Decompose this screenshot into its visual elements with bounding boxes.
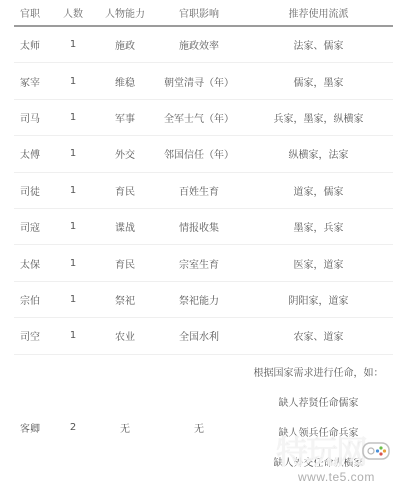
cell-count: 1 <box>58 318 88 353</box>
cell-office: 司空 <box>14 318 46 353</box>
cell-effect: 施政效率 <box>154 27 244 62</box>
cell-count: 1 <box>58 100 88 135</box>
cell-schools: 道家，儒家 <box>246 173 391 208</box>
cell-office: 太保 <box>14 245 46 280</box>
cell-count: 1 <box>58 209 88 244</box>
table-row: 司徒 1 育民 百姓生育 道家，儒家 <box>14 173 393 209</box>
schools-line: 缺人荐贤任命儒家 <box>279 397 359 427</box>
cell-ability: 军事 <box>96 100 154 135</box>
cell-ability: 祭祀 <box>96 282 154 317</box>
cell-office: 司寇 <box>14 209 46 244</box>
cell-ability: 谍战 <box>96 209 154 244</box>
cell-effect: 邻国信任（年） <box>154 136 244 171</box>
cell-schools: 法家、儒家 <box>246 27 391 62</box>
cell-office: 冢宰 <box>14 63 46 98</box>
cell-ability: 育民 <box>96 173 154 208</box>
table-row: 司马 1 军事 全军士气（年） 兵家，墨家，纵横家 <box>14 100 393 136</box>
cell-office: 太傅 <box>14 136 46 171</box>
table-row: 太师 1 施政 施政效率 法家、儒家 <box>14 27 393 63</box>
cell-office: 太师 <box>14 27 46 62</box>
table-row-guest-minister: 客卿 2 无 无 根据国家需求进行任命，如： 缺人荐贤任命儒家 缺人领兵任命兵家… <box>14 355 393 500</box>
cell-effect: 祭祀能力 <box>154 282 244 317</box>
header-schools: 推荐使用流派 <box>246 0 391 25</box>
cell-effect: 情报收集 <box>154 209 244 244</box>
cell-ability: 施政 <box>96 27 154 62</box>
cell-office: 司徒 <box>14 173 46 208</box>
table-row: 宗伯 1 祭祀 祭祀能力 阴阳家，道家 <box>14 282 393 318</box>
header-office: 官职 <box>14 0 46 25</box>
cell-schools: 纵横家，法家 <box>246 136 391 171</box>
cell-effect: 宗室生育 <box>154 245 244 280</box>
schools-line: 根据国家需求进行任命，如： <box>254 367 384 397</box>
offices-table: 官职 人数 人物能力 官职影响 推荐使用流派 太师 1 施政 施政效率 法家、儒… <box>14 0 393 500</box>
header-effect: 官职影响 <box>154 0 244 25</box>
cell-effect: 全国水利 <box>154 318 244 353</box>
cell-ability: 育民 <box>96 245 154 280</box>
table-row: 冢宰 1 维稳 朝堂清寻（年） 儒家，墨家 <box>14 63 393 99</box>
table-row: 太保 1 育民 宗室生育 医家，道家 <box>14 245 393 281</box>
table-row: 太傅 1 外交 邻国信任（年） 纵横家，法家 <box>14 136 393 172</box>
cell-effect: 百姓生育 <box>154 173 244 208</box>
cell-ability: 外交 <box>96 136 154 171</box>
cell-ability: 农业 <box>96 318 154 353</box>
cell-effect: 无 <box>154 355 244 500</box>
cell-schools: 儒家，墨家 <box>246 63 391 98</box>
schools-line: 缺人外交任命纵横家 <box>274 457 364 487</box>
cell-count: 1 <box>58 245 88 280</box>
schools-line: 缺人领兵任命兵家 <box>279 427 359 457</box>
cell-schools: 阴阳家，道家 <box>246 282 391 317</box>
cell-schools: 墨家，兵家 <box>246 209 391 244</box>
cell-count: 1 <box>58 282 88 317</box>
cell-schools: 医家，道家 <box>246 245 391 280</box>
cell-schools: 根据国家需求进行任命，如： 缺人荐贤任命儒家 缺人领兵任命兵家 缺人外交任命纵横… <box>246 355 391 500</box>
header-ability: 人物能力 <box>96 0 154 25</box>
cell-count: 1 <box>58 173 88 208</box>
cell-effect: 全军士气（年） <box>154 100 244 135</box>
cell-schools: 兵家，墨家，纵横家 <box>246 100 391 135</box>
cell-office: 司马 <box>14 100 46 135</box>
cell-count: 1 <box>58 136 88 171</box>
cell-count: 1 <box>58 63 88 98</box>
cell-office: 客卿 <box>14 355 46 500</box>
cell-count: 2 <box>58 355 88 500</box>
table-header: 官职 人数 人物能力 官职影响 推荐使用流派 <box>14 0 393 27</box>
cell-ability: 无 <box>96 355 154 500</box>
table-row: 司空 1 农业 全国水利 农家、道家 <box>14 318 393 354</box>
cell-schools: 农家、道家 <box>246 318 391 353</box>
header-count: 人数 <box>58 0 88 25</box>
cell-count: 1 <box>58 27 88 62</box>
cell-office: 宗伯 <box>14 282 46 317</box>
cell-ability: 维稳 <box>96 63 154 98</box>
table-row: 司寇 1 谍战 情报收集 墨家，兵家 <box>14 209 393 245</box>
cell-effect: 朝堂清寻（年） <box>154 63 244 98</box>
